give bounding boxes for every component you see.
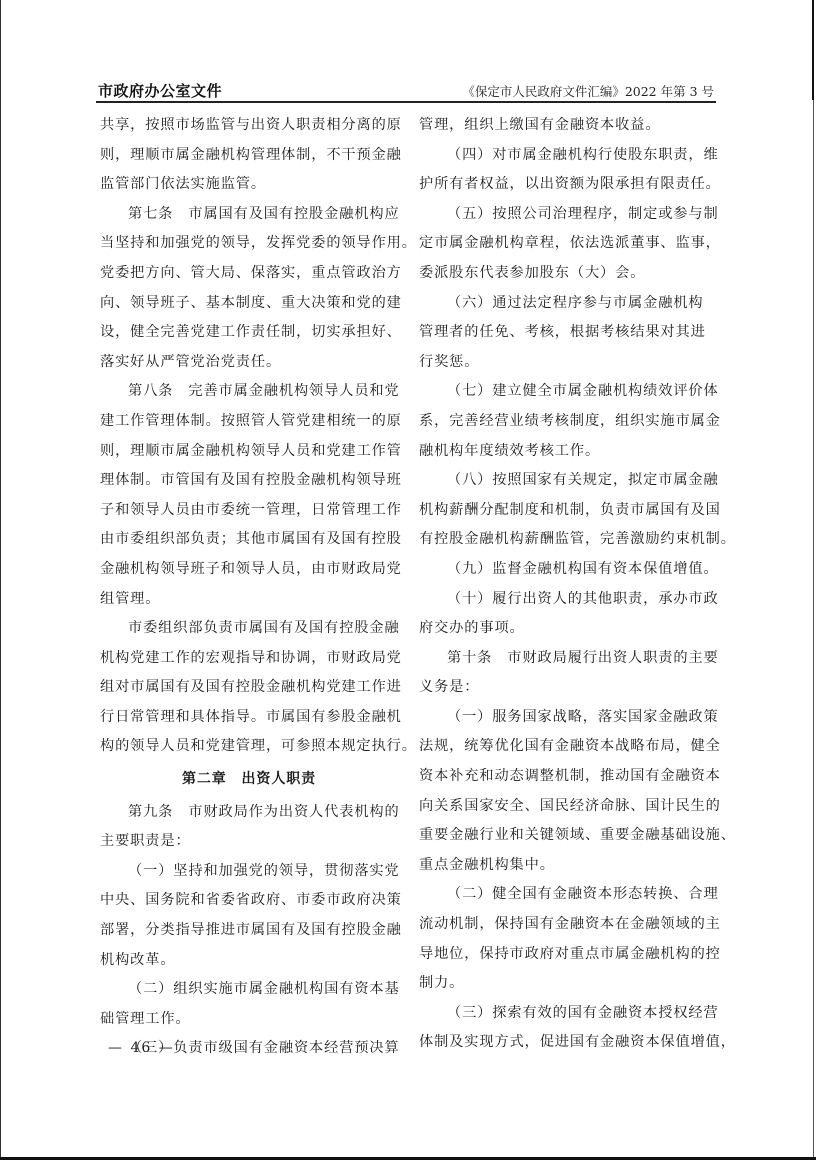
page-number: — 46 — (108, 1040, 175, 1056)
chapter-heading: 第二章 出资人职责 (100, 765, 398, 795)
text-line: 部署，分类指导推进市属国有及国有控股金融 (100, 916, 398, 946)
text-line: （五）按照公司治理程序，制定或参与制 (419, 200, 717, 230)
text-line: 共享，按照市场监管与出资人职责相分离的原 (100, 111, 398, 141)
text-line: 系，完善经营业绩考核制度，组织实施市属金 (419, 407, 717, 437)
text-line: 则，理顺市属金融机构管理体制，不干预金融 (100, 141, 398, 171)
text-line: 护所有者权益，以出资额为限承担有限责任。 (419, 170, 717, 200)
text-line: 第七条 市属国有及国有控股金融机构应 (100, 200, 398, 230)
text-line: （一）服务国家战略，落实国家金融政策 (419, 703, 717, 733)
text-line: 导地位，保持市政府对重点市属金融机构的控 (419, 940, 717, 970)
text-line: 则，理顺市属金融机构领导人员和党建工作管 (100, 437, 398, 467)
page-header: 市政府办公室文件 《保定市人民政府文件汇编》2022 年第 3 号 (98, 80, 714, 100)
text-line: （二）组织实施市属金融机构国有资本基 (100, 975, 398, 1005)
text-line: 组管理。 (100, 585, 398, 615)
text-line: 组对市属国有及国有控股金融机构党建工作进 (100, 673, 398, 703)
text-line: 主要职责是： (100, 827, 398, 857)
scan-edge-right (812, 0, 814, 100)
text-line: 建工作管理体制。按照管人管党建相统一的原 (100, 407, 398, 437)
text-line: 中央、国务院和省委省政府、市委市政府决策 (100, 886, 398, 916)
text-line: 法规，统筹优化国有金融资本战略布局，健全 (419, 732, 717, 762)
scan-edge-right-thin (813, 100, 814, 1160)
scan-edge-left (0, 0, 1, 1160)
text-line: 第八条 完善市属金融机构领导人员和党 (100, 377, 398, 407)
text-line: 有控股金融机构薪酬监管，完善激励约束机制。 (419, 525, 717, 555)
text-line: （六）通过法定程序参与市属金融机构 (419, 289, 717, 319)
text-line: （十）履行出资人的其他职责，承办市政 (419, 585, 717, 615)
text-line: 础管理工作。 (100, 1005, 398, 1035)
text-line: 重点金融机构集中。 (419, 851, 717, 881)
text-line: 机构薪酬分配制度和机制，负责市属国有及国 (419, 496, 717, 526)
text-line: 落实好从严管党治党责任。 (100, 348, 398, 378)
text-line: 党委把方向、管大局、保落实，重点管政治方 (100, 259, 398, 289)
text-line: 管理，组织上缴国有金融资本收益。 (419, 111, 717, 141)
text-line: 重要金融行业和关键领域、重要金融基础设施、 (419, 821, 717, 851)
text-line: 理体制。市管国有及国有控股金融机构领导班 (100, 466, 398, 496)
text-line: 当坚持和加强党的领导，发挥党委的领导作用。 (100, 229, 398, 259)
text-line: 构的领导人员和党建管理，可参照本规定执行。 (100, 732, 398, 762)
text-line: （七）建立健全市属金融机构绩效评价体 (419, 377, 717, 407)
left-column: 共享，按照市场监管与出资人职责相分离的原则，理顺市属金融机构管理体制，不干预金融… (100, 111, 398, 1064)
text-line: 管理者的任免、考核，根据考核结果对其进 (419, 318, 717, 348)
text-line: 由市委组织部负责；其他市属国有及国有控股 (100, 525, 398, 555)
text-line: 第九条 市财政局作为出资人代表机构的 (100, 798, 398, 828)
text-line: 体制及实现方式，促进国有金融资本保值增值， (419, 1028, 717, 1058)
text-line: 府交办的事项。 (419, 614, 717, 644)
text-line: （九）监督金融机构国有资本保值增值。 (419, 555, 717, 585)
text-line: 机构改革。 (100, 946, 398, 976)
text-line: 向关系国家安全、国民经济命脉、国计民生的 (419, 792, 717, 822)
text-line: 第十条 市财政局履行出资人职责的主要 (419, 644, 717, 674)
text-line: 义务是： (419, 673, 717, 703)
text-line: 行日常管理和具体指导。市属国有参股金融机 (100, 703, 398, 733)
text-line: 监管部门依法实施监管。 (100, 170, 398, 200)
text-line: 市委组织部负责市属国有及国有控股金融 (100, 614, 398, 644)
text-line: 资本补充和动态调整机制，推动国有金融资本 (419, 762, 717, 792)
text-line: 制力。 (419, 969, 717, 999)
text-line: （四）对市属金融机构行使股东职责，维 (419, 141, 717, 171)
header-publication-title: 《保定市人民政府文件汇编》2022 年第 3 号 (462, 82, 714, 100)
text-line: 委派股东代表参加股东（大）会。 (419, 259, 717, 289)
text-line: 设，健全完善党建工作责任制，切实承担好、 (100, 318, 398, 348)
text-line: 向、领导班子、基本制度、重大决策和党的建 (100, 289, 398, 319)
text-line: 定市属金融机构章程，依法选派董事、监事， (419, 229, 717, 259)
right-column: 管理，组织上缴国有金融资本收益。（四）对市属金融机构行使股东职责，维护所有者权益… (419, 111, 717, 1058)
header-office-title: 市政府办公室文件 (98, 80, 222, 101)
text-line: 子和领导人员由市委统一管理，日常管理工作 (100, 496, 398, 526)
text-line: 行奖惩。 (419, 348, 717, 378)
text-line: （一）坚持和加强党的领导，贯彻落实党 (100, 857, 398, 887)
text-line: （二）健全国有金融资本形态转换、合理 (419, 880, 717, 910)
text-line: 金融机构领导班子和领导人员，由市财政局党 (100, 555, 398, 585)
header-rule (96, 101, 716, 103)
text-line: （八）按照国家有关规定，拟定市属金融 (419, 466, 717, 496)
text-line: 机构党建工作的宏观指导和协调，市财政局党 (100, 644, 398, 674)
text-line: 融机构年度绩效考核工作。 (419, 437, 717, 467)
text-line: （三）探索有效的国有金融资本授权经营 (419, 999, 717, 1029)
text-line: 流动机制，保持国有金融资本在金融领域的主 (419, 910, 717, 940)
